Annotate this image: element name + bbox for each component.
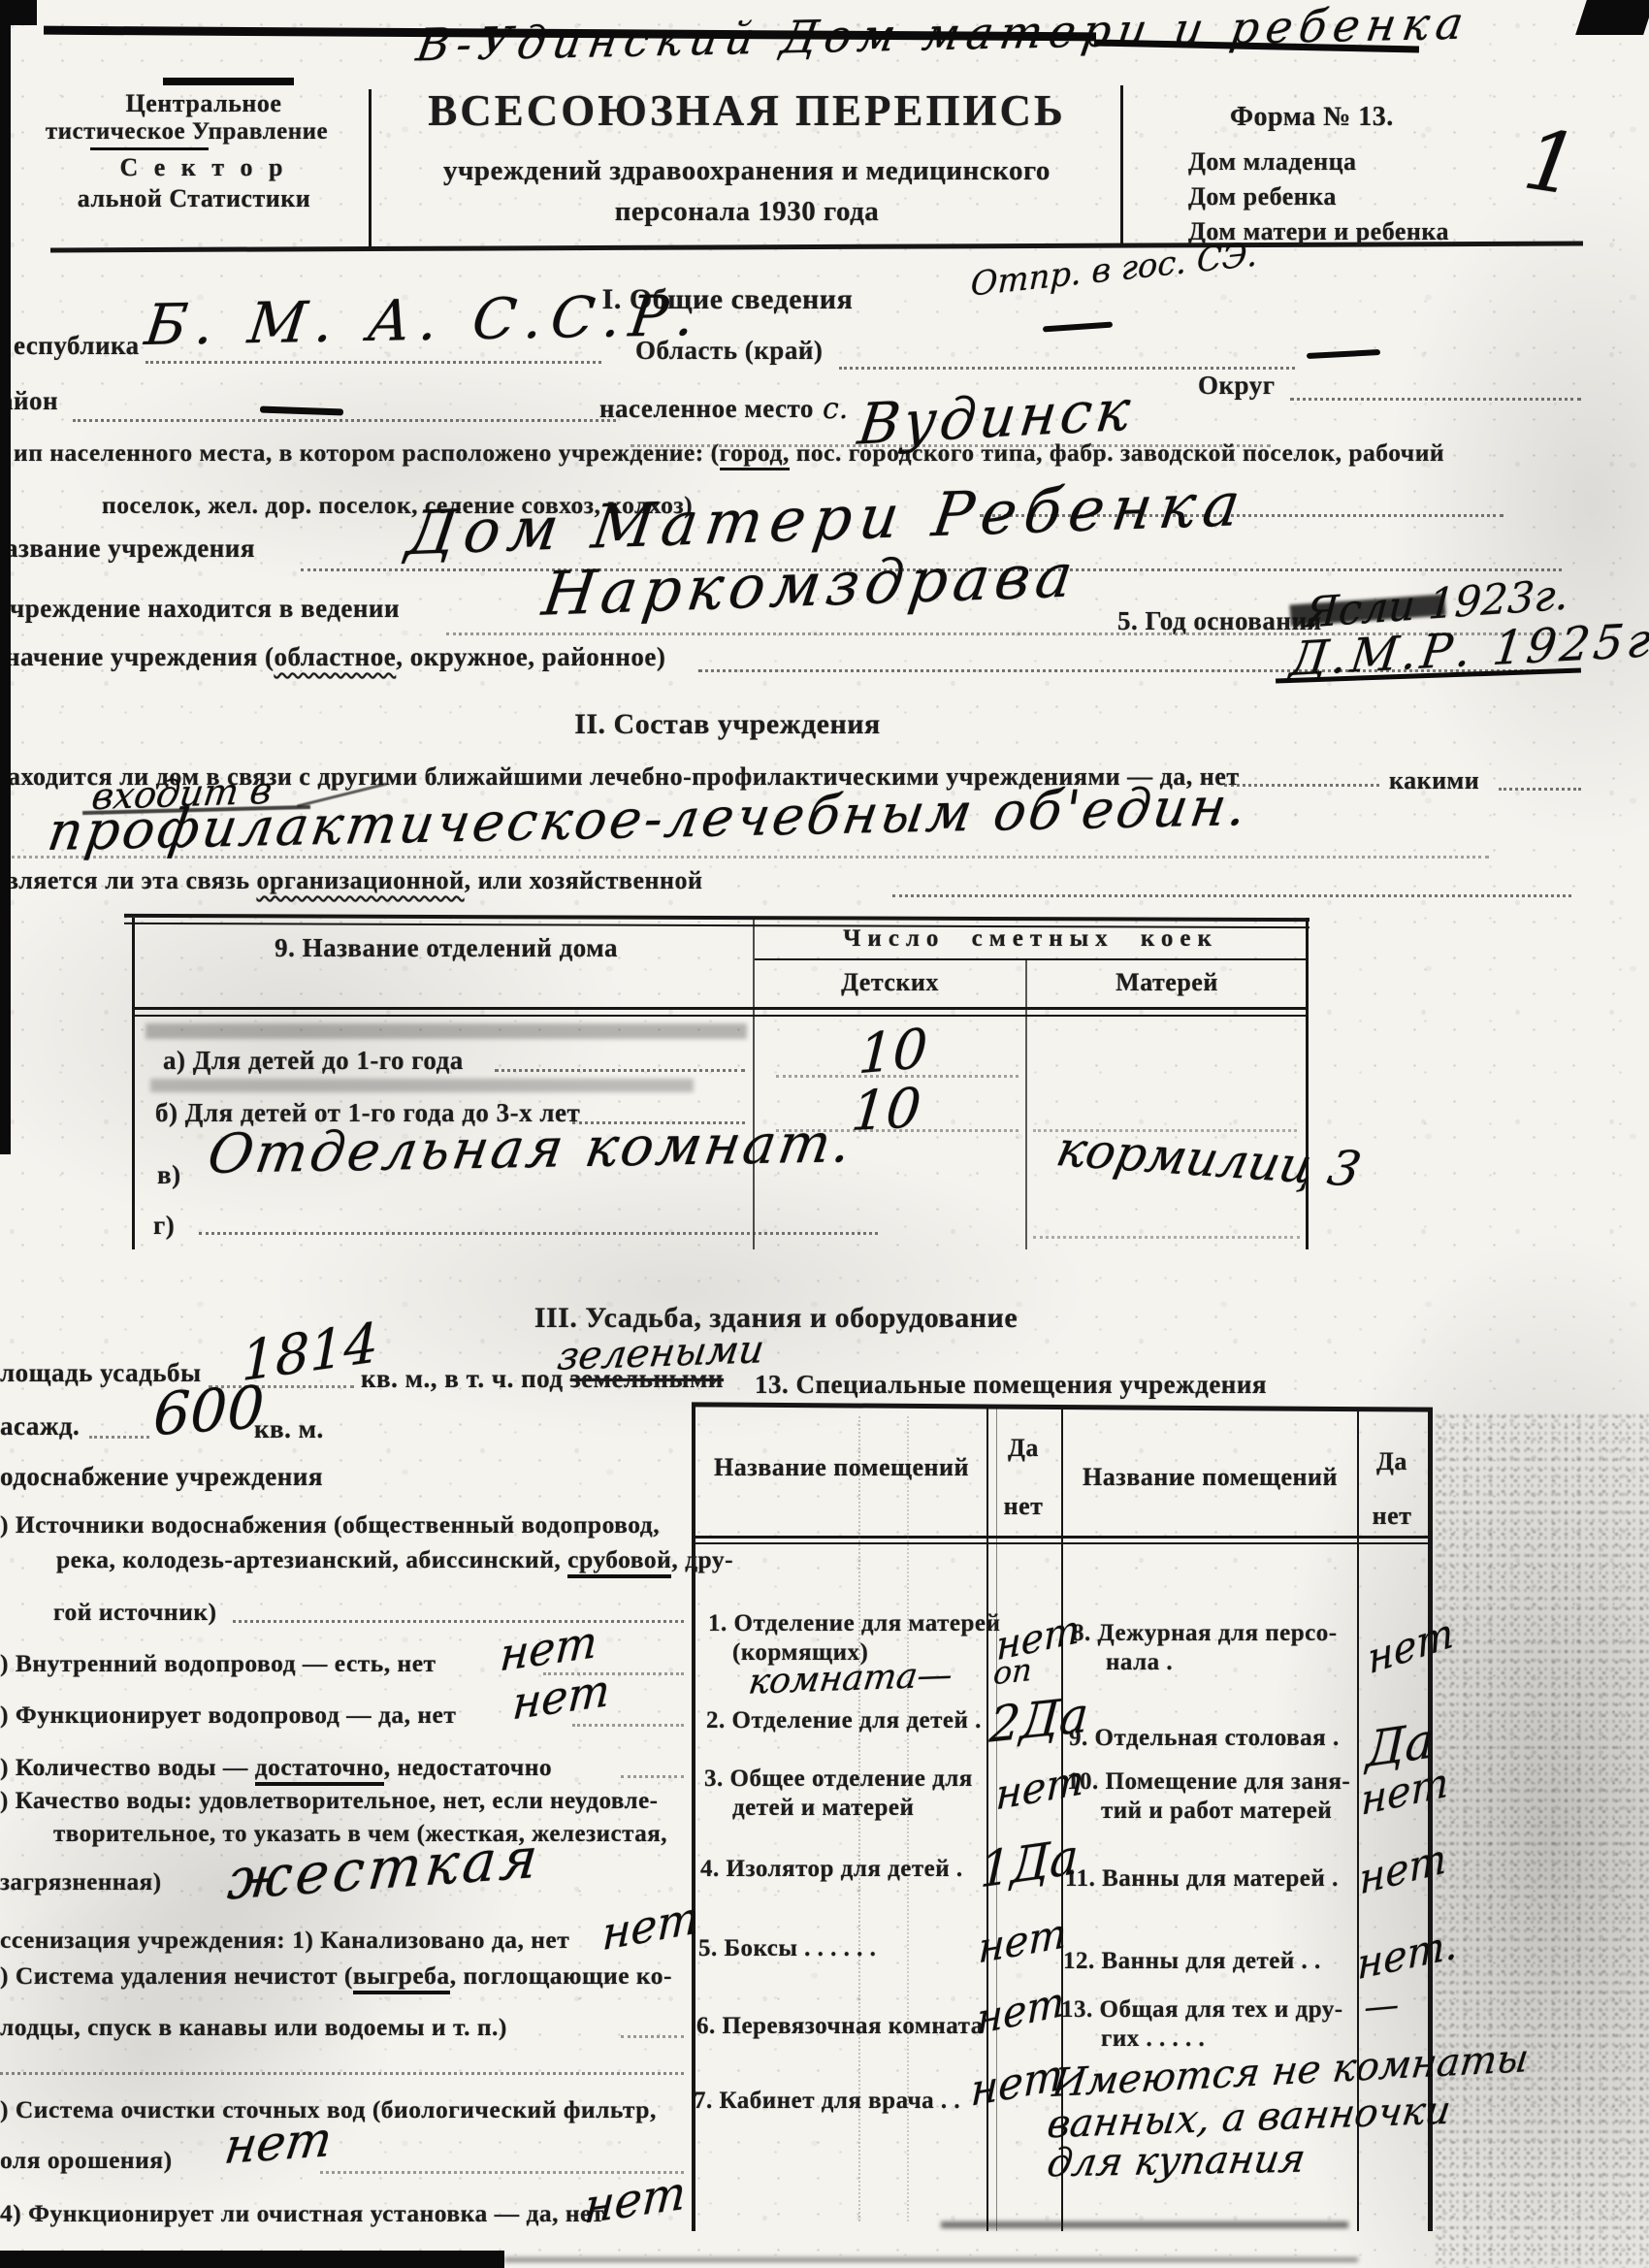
t13-row3-left-b: детей и матерей [732, 1795, 914, 1822]
hw-t13-row1-note: комната— [746, 1655, 954, 1702]
house-type-2: Дом ребенка [1188, 182, 1337, 211]
hw-page-number: 1 [1518, 111, 1586, 214]
t13-row11-right: 11. Ванны для матерей . [1065, 1865, 1339, 1893]
t9-bleed-smear-1 [145, 1023, 747, 1039]
scan-topright-corner [1575, 0, 1649, 35]
hw-republic-value: Б. М. А. С.С.Р. [142, 282, 707, 358]
census-subtitle-2: персонала 1930 года [378, 196, 1115, 228]
stamp-line-3: С е к т о р [53, 153, 354, 182]
field-plant-label: асажд. [0, 1411, 80, 1442]
form-number: Форма № 13. [1230, 102, 1394, 133]
leader-pipe-works [572, 1724, 684, 1727]
field-name-label: азвание учреждения [5, 534, 255, 564]
hw-t13-row5-answer: нет [978, 1908, 1068, 1972]
leader-kakimi [1499, 788, 1581, 791]
hw-t13-row13-answer: — [1362, 1986, 1400, 2028]
t13-bottom-smear [941, 2221, 1348, 2228]
t9-bleed-smear-2 [150, 1079, 694, 1092]
scan-right-mottle [1434, 1411, 1649, 2268]
t9-right-border [1306, 918, 1309, 1249]
q-connection-tail: какими [1389, 766, 1479, 795]
leader-plant [89, 1436, 149, 1439]
t13-col-rooms-right: Название помещений [1067, 1463, 1353, 1492]
t13-row6-left: 6. Перевязочная комната [696, 2013, 984, 2040]
hw-place-prefix: с. [823, 392, 848, 426]
t13-row8-right-a: 8. Дежурная для персо- [1072, 1620, 1338, 1647]
t9-row-a-label: а) Для детей до 1-го года [163, 1046, 464, 1076]
t9-header-rule-a [132, 1007, 1308, 1010]
stamp-line-1: Центральное [53, 89, 354, 118]
t9-top-rule-a [124, 914, 1309, 922]
census-title: ВСЕСОЮЗНАЯ ПЕРЕПИСЬ [383, 85, 1111, 136]
t9-col-beds-header: Число сметных коек [757, 925, 1305, 953]
t13-row1-left-a: 1. Отделение для матерей [708, 1610, 1000, 1637]
underlined-srubovoi: срубовой [567, 1545, 671, 1578]
hw-oblast-dash [1043, 321, 1113, 332]
t13-row2-left: 2. Отделение для детей . [706, 1707, 982, 1734]
t9-left-border [132, 918, 135, 1249]
header-divider-right [1120, 85, 1123, 246]
t13-col-da-left: Да [987, 1434, 1059, 1463]
hw-t13-row2-answer: 2Да [987, 1686, 1090, 1753]
t9-col-name-header: 9. Название отделений дома [145, 933, 747, 963]
q-water-quality-3: загрязненная) [0, 1869, 162, 1896]
hw-cleaning-answer: нет [221, 2111, 336, 2175]
hw-t13-note-3: для купания [1044, 2137, 1309, 2187]
t13-row7-left: 7. Кабинет для врача . . [694, 2088, 960, 2115]
underlined-vygreba: выгреба [353, 1961, 450, 1994]
field-republic-label: еспублика [14, 331, 140, 361]
field-place-type-line1: ип населенного места, в котором располож… [14, 438, 1444, 468]
house-type-1: Дом младенца [1188, 147, 1357, 177]
t9-col-divider [753, 918, 755, 1249]
water-heading: одоснабжение учреждения [0, 1462, 323, 1492]
hw-plant-works-answer: нет [583, 2165, 689, 2235]
hw-plant-value: 600 [152, 1374, 266, 1449]
underlined-dostatochno: достаточно [255, 1753, 384, 1786]
scan-bottom-smear [504, 2257, 1358, 2262]
q-cleaning-2: оля орошения) [0, 2146, 173, 2175]
census-subtitle-1: учреждений здравоохранения и медицинског… [378, 155, 1115, 187]
field-keeper-label: чреждение находится в ведении [10, 594, 400, 624]
leader-okrug [1290, 398, 1581, 401]
t13-row5-left: 5. Боксы . . . . . . [698, 1935, 876, 1962]
t13-header-rule-b [692, 1542, 1433, 1544]
q-water-amount: ) Количество воды — достаточно, недостат… [0, 1753, 552, 1782]
section3-heading: III. Усадьба, здания и оборудование [291, 1302, 1261, 1335]
t9-header-rule-b [132, 1015, 1308, 1017]
field-role-label: начение учреждения (областное, окружное,… [5, 642, 665, 672]
stamp-line-2: тистическое Управление [15, 118, 359, 146]
field-okrug-label: Округ [1198, 371, 1275, 401]
t9-row-g-prefix: г) [153, 1211, 175, 1241]
q-water-sources-2: река, колодезь-артезианский, абиссинский… [56, 1545, 733, 1574]
leader-removal [621, 2035, 684, 2038]
leader-raion [73, 419, 616, 422]
stamp-line-4: альной Статистики [34, 184, 354, 213]
q-plant-works: 4) Функционирует ли очистная установка —… [0, 2199, 604, 2228]
t9-row-v-prefix: в) [157, 1160, 181, 1190]
stamp-top-bar [163, 78, 294, 85]
scan-topleft-blob [0, 0, 37, 25]
q-water-sources-3: гой источник) [53, 1598, 217, 1627]
t13-col-net-right: нет [1358, 1502, 1426, 1531]
hw-t9-row-v-mother: кормилиц 3 [1051, 1120, 1366, 1197]
leader-sources [233, 1620, 684, 1623]
hw-t13-row6-answer: нет [977, 1977, 1064, 2044]
underlined-organizatsionnoi: организационной [256, 866, 464, 894]
t13-col-net-left: нет [987, 1492, 1059, 1521]
hw-t9-row-b-child: 10 [849, 1077, 923, 1144]
hw-sewerage-answer: нет [601, 1891, 700, 1961]
q-pipe-works: ) Функционирует водопровод — да, нет [0, 1701, 456, 1730]
section2-heading: II. Состав учреждения [291, 708, 1164, 741]
hw-okrug-dash [1307, 349, 1380, 359]
hw-green-word: зелеными [555, 1327, 767, 1379]
scan-left-edge [0, 0, 11, 1154]
t9-col-child-header: Детских [757, 968, 1023, 997]
q-water-sources-1: ) Источники водоснабжения (общественный … [0, 1510, 660, 1539]
q-inner-pipe: ) Внутренний водопровод — есть, нет [0, 1649, 436, 1678]
leader-link-type [892, 894, 1571, 897]
q-water-quality-1: ) Качество воды: удовлетворительное, нет… [0, 1788, 659, 1815]
t13-row3-left-a: 3. Общее отделение для [704, 1766, 973, 1793]
field-place-label: населенное место [599, 394, 814, 424]
hw-raion-dash [260, 406, 343, 416]
hw-t13-row1-answer2: оп [992, 1651, 1033, 1693]
leader-removal-row [0, 2072, 684, 2075]
leader-republic [145, 361, 601, 364]
t13-row4-left: 4. Изолятор для детей . [700, 1856, 963, 1883]
t9-beds-underline [755, 958, 1306, 960]
scanned-census-form-page: В-Удинский Дом матери и ребенка Отпр. в … [0, 0, 1649, 2268]
t13-row10-right-a: 10. Помещение для заня- [1067, 1768, 1350, 1796]
hw-t13-row3-answer: нет [995, 1755, 1085, 1819]
header-divider-left [369, 89, 372, 246]
leader-oblast [839, 367, 1295, 370]
q-removal-2: лодцы, спуск в канавы или водоемы и т. п… [0, 2013, 507, 2042]
t9-row-a-leader [495, 1069, 745, 1072]
t13-row13-right-b: гих . . . . . [1101, 2025, 1205, 2053]
t13-header-rule-a [692, 1536, 1433, 1539]
t13-row13-right-a: 13. Общая для тех и дру- [1061, 1996, 1343, 2024]
t9-row-g-leader [199, 1232, 878, 1235]
t13-col-da-right: Да [1358, 1447, 1426, 1476]
t13-row9-right: 9. Отдельная столовая . [1069, 1725, 1340, 1752]
hw-t9-row-v-label: Отдельная комнат. [204, 1112, 858, 1186]
underlined-gorod: город, [720, 438, 790, 470]
t9-col-mother-header: Матерей [1030, 968, 1304, 997]
q-removal-1: ) Система удаления нечистот (выгреба, по… [0, 1961, 672, 1991]
t13-title: 13. Специальные помещения учреждения [755, 1370, 1267, 1400]
t13-row8-right-b: нала . [1106, 1649, 1173, 1676]
t13-col-rooms-left: Название помещений [703, 1453, 980, 1482]
t13-row12-right: 12. Ванны для детей . . [1063, 1948, 1321, 1975]
t9-subcol-divider [1025, 960, 1027, 1249]
t9-row-g-mother-leader [1033, 1236, 1300, 1239]
scan-bottom-bar [0, 2251, 504, 2268]
q-sewerage: ссенизация учреждения: 1) Канализовано д… [0, 1926, 569, 1955]
stamp-underline [90, 147, 209, 150]
field-plant-unit: кв. м. [254, 1414, 324, 1444]
t13-row10-right-b: тий и работ матерей [1101, 1798, 1332, 1825]
leader-amount [621, 1775, 684, 1778]
underlined-oblastnoe: областное [274, 642, 396, 671]
q-link-type: вляется ли эта связь организационной, ил… [5, 866, 702, 895]
